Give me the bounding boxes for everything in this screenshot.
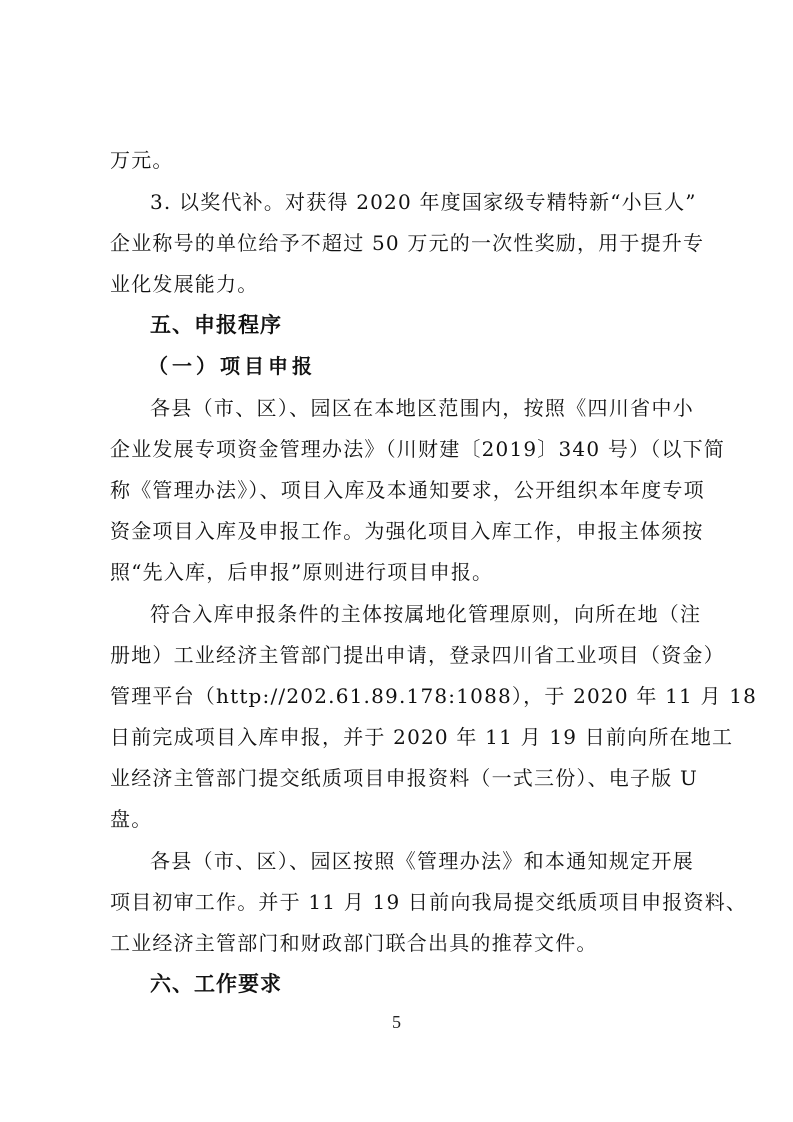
- paragraph-line: 册地）工业经济主管部门提出申请，登录四川省工业项目（资金）: [110, 643, 694, 667]
- paragraph-line: 工业经济主管部门和财政部门联合出具的推荐文件。: [110, 931, 694, 955]
- paragraph-line: 盘。: [110, 807, 694, 831]
- paragraph-line: 3. 以奖代补。对获得 2020 年度国家级专精特新“小巨人”: [150, 190, 694, 214]
- paragraph-line: 各县（市、区）、园区在本地区范围内，按照《四川省中小: [150, 396, 694, 420]
- paragraph-line: 万元。: [110, 148, 694, 172]
- document-page: 万元。 3. 以奖代补。对获得 2020 年度国家级专精特新“小巨人” 企业称号…: [0, 0, 793, 1122]
- paragraph-line: 企业发展专项资金管理办法》（川财建〔2019〕340 号）（以下简: [110, 437, 694, 461]
- paragraph-line: 日前完成项目入库申报，并于 2020 年 11 月 19 日前向所在地工: [110, 725, 694, 749]
- paragraph-line: 照“先入库，后申报”原则进行项目申报。: [110, 560, 694, 584]
- subsection-heading-1: （一）项目申报: [148, 354, 316, 378]
- section-heading-5: 五、申报程序: [150, 313, 282, 337]
- paragraph-line: 各县（市、区）、园区按照《管理办法》和本通知规定开展: [150, 849, 694, 873]
- paragraph-line: 业化发展能力。: [110, 272, 694, 296]
- paragraph-line: 符合入库申报条件的主体按属地化管理原则，向所在地（注: [150, 602, 694, 626]
- section-heading-6: 六、工作要求: [150, 972, 282, 996]
- paragraph-line: 称《管理办法》）、项目入库及本通知要求，公开组织本年度专项: [110, 478, 694, 502]
- paragraph-line: 资金项目入库及申报工作。为强化项目入库工作，申报主体须按: [110, 519, 694, 543]
- page-number: 5: [0, 1012, 793, 1033]
- paragraph-line: 业经济主管部门提交纸质项目申报资料（一式三份）、电子版 U: [110, 766, 694, 790]
- paragraph-line: 企业称号的单位给予不超过 50 万元的一次性奖励，用于提升专: [110, 231, 694, 255]
- paragraph-line: 管理平台（http://202.61.89.178:1088），于 2020 年…: [110, 684, 694, 708]
- paragraph-line: 项目初审工作。并于 11 月 19 日前向我局提交纸质项目申报资料、: [110, 890, 694, 914]
